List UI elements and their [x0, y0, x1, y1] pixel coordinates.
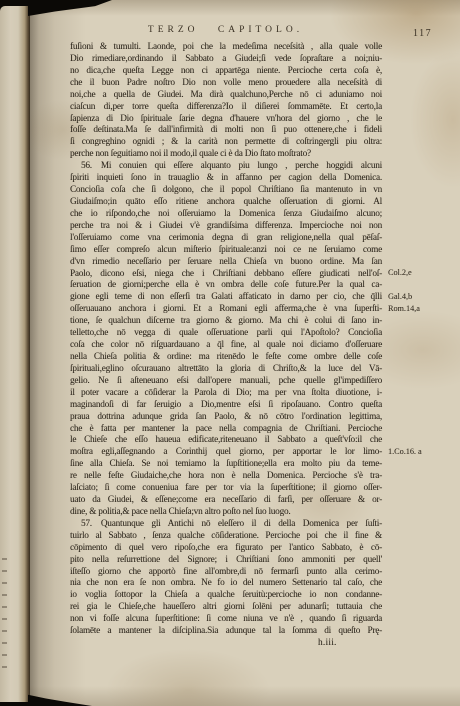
margin-note: Rom.14,a: [388, 304, 420, 313]
text-line: le Chieſe che eſſo haueua edificate,rite…: [70, 434, 382, 446]
text-line: re nelle feſte Giudaiche,che hora non è …: [70, 470, 382, 482]
text-line: ſolamēte a mantener la diſciplina.Sia ad…: [70, 625, 382, 637]
signature-mark: h.iii.: [70, 637, 382, 649]
text-line: che il buon Padre noſtro Dio non volle m…: [70, 77, 382, 89]
book-page: TERZO CAPITOLO. 117 fuſioni & tumulti. L…: [28, 0, 460, 706]
text-line: gelio. Ne ſi aſteneuano eſsi dall'opere …: [70, 375, 382, 387]
text-line: ſeruation de giorni;perche ella è vn omb…: [70, 279, 382, 291]
text-line: tuirlo al Sabbato , ſenza qualche cōſide…: [70, 530, 382, 542]
text-line: noi,che a quella de Giudei. Ma dirà qual…: [70, 89, 382, 101]
text-line: dine, & politia,& pace nella Chieſa;vn a…: [70, 506, 382, 518]
text-line: perche non ſeguitiamo noi il modo,il qua…: [70, 148, 382, 160]
text-line: fuſioni & tumulti. Laonde, poi che la me…: [70, 41, 382, 53]
running-title: TERZO CAPITOLO.: [98, 25, 353, 35]
text-line: Concioſia coſa che ſi dolgono, che il po…: [70, 184, 382, 196]
text-line: nella Chieſa politia & ordine: ma ritenē…: [70, 351, 382, 363]
text-line: io voglia ſottopor la Chieſa a qualche ſ…: [70, 589, 382, 601]
margin-note: Col.2,e: [388, 268, 412, 277]
text-line: 56. Mi conuien qui eſſere alquanto piu l…: [70, 160, 382, 172]
text-line: pito nella reſurrettione del Signore; i …: [70, 554, 382, 566]
text-line: telletto,che nō vegga di quale oſſeruati…: [70, 327, 382, 339]
text-line: maginandoſi di far ſeruigio a Dio,mentre…: [70, 399, 382, 411]
text-line: nia che non era ſe non ombra. Ne fo io d…: [70, 577, 382, 589]
book-page-photo: TERZO CAPITOLO. 117 fuſioni & tumulti. L…: [0, 0, 460, 706]
text-line: iſteſſo giorno che apportò fine all'ombr…: [70, 566, 382, 578]
text-line: foſſe deſtinata.Ma ſe dall'infirmità di …: [70, 124, 382, 136]
margin-note: 1.Co.16. a: [388, 447, 422, 456]
text-line: tione, ſe qualchun diſcerne tra giorno &…: [70, 315, 382, 327]
text-line: che è fatta per mantener la pace nella c…: [70, 423, 382, 435]
text-line: oſſeruauano anchora i giorni. Et a Roman…: [70, 303, 382, 315]
text-line: laſciato; ſi come conueniua fare per tor…: [70, 482, 382, 494]
text-line: Paolo, dicono eſsi, niega che i Chriſtia…: [70, 268, 382, 280]
text-line: perche tra noi & i Giudei v'è grandiſsim…: [70, 220, 382, 232]
text-line: ſi congreghino ognidi ; & la carità non …: [70, 136, 382, 148]
text-line: ſpiriti inquieti ſono in trauaglio & in …: [70, 172, 382, 184]
text-line: l'oſſeruiamo come vna cerimonia degna di…: [70, 232, 382, 244]
text-line: Giudaiſmo;in quāto eſſo ritiene anchora …: [70, 196, 382, 208]
text-line: che io riſpondo,che noi oſſeruiamo la Do…: [70, 208, 382, 220]
text-line: non vi foſſe alcuna ſuperſtitione: ſi co…: [70, 613, 382, 625]
facing-page-edge: [0, 6, 30, 702]
text-line: cōpimento di quel vero ripoſo,che era fi…: [70, 542, 382, 554]
text-line: rei gia le Chieſe,che haueſſero altri gi…: [70, 601, 382, 613]
text-line: ſpirituali,eglino oſcurauano altrettāto …: [70, 363, 382, 375]
body-text: fuſioni & tumulti. Laonde, poi che la me…: [70, 41, 382, 649]
page-number: 117: [413, 28, 432, 39]
text-line: ſimo eſſer compreſo alcun miſterio ſpiri…: [70, 244, 382, 256]
text-line: ſapienza di Dio ſpirituale ſarie degna d…: [70, 113, 382, 125]
text-line: uato da Giudei, & eſſene;come era neceſſ…: [70, 494, 382, 506]
facing-page-text-fragments: [2, 558, 7, 668]
text-line: gione egli teme di non eſſerſi tra Galat…: [70, 291, 382, 303]
text-line: coſa che color nō riſguardauano a q̄l fi…: [70, 339, 382, 351]
text-line: no dica,che queſta Legge non ci appartēg…: [70, 65, 382, 77]
text-line: ciaſcun di,per torre queſta differenza?I…: [70, 101, 382, 113]
text-line: moſtra egli,aſſegnando a Corinthij quel …: [70, 446, 382, 458]
text-line: il poter vacare a cōſiderar la Parola di…: [70, 387, 382, 399]
text-line: 57. Quantunque gli Antichi nō eleſſero i…: [70, 518, 382, 530]
margin-note: Gal.4,b: [388, 292, 412, 301]
text-line: d'vn rimedio neceſſario per ſeruare nell…: [70, 256, 382, 268]
text-line: Dio rimediare,ordinando il Sabbato a Giu…: [70, 53, 382, 65]
text-line: praua dottrina adunque grida ſan Paolo, …: [70, 411, 382, 423]
text-line: ſine alla Chieſa. Se noi temiamo la ſupſ…: [70, 458, 382, 470]
